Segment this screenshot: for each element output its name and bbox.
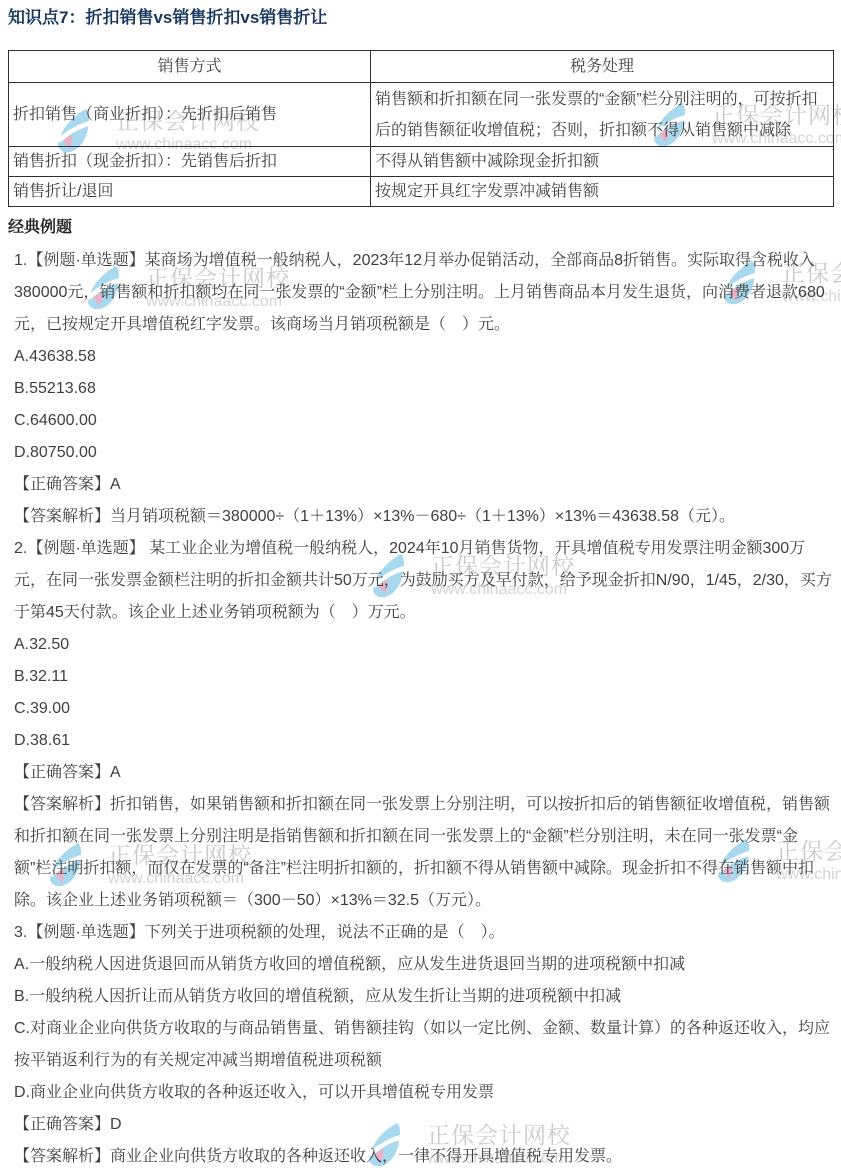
table-row: 折扣销售（商业折扣）：先折扣后销售 销售额和折扣额在同一张发票的“金额”栏分别注… [9,83,834,147]
tax-treatment-table: 销售方式 税务处理 折扣销售（商业折扣）：先折扣后销售 销售额和折扣额在同一张发… [8,50,834,207]
table-header-sales-method: 销售方式 [9,51,371,83]
correct-answer: 【正确答案】A [14,469,833,501]
answer-analysis: 【答案解析】商业企业向供货方收取的各种返还收入，一律不得开具增值税专用发票。 [14,1141,833,1173]
question-stem: 3.【例题·单选题】下列关于进项税额的处理，说法不正确的是（ ）。 [14,917,833,949]
answer-analysis: 【答案解析】折扣销售，如果销售额和折扣额在同一张发票上分别注明，可以按折扣后的销… [14,789,833,917]
question-2: 2.【例题·单选题】 某工业企业为增值税一般纳税人，2024年10月销售货物，开… [0,533,841,917]
table-cell-treatment: 不得从销售额中减除现金折扣额 [371,147,834,177]
page-title: 知识点7：折扣销售vs销售折扣vs销售折让 [0,0,841,29]
correct-answer: 【正确答案】D [14,1109,833,1141]
question-stem: 1.【例题·单选题】某商场为增值税一般纳税人，2023年12月举办促销活动，全部… [14,245,833,341]
table-header-row: 销售方式 税务处理 [9,51,834,83]
option-d: D.商业企业向供货方收取的各种返还收入，可以开具增值税专用发票 [14,1077,833,1109]
option-a: A.一般纳税人因进货退回而从销货方收回的增值税额，应从发生进货退回当期的进项税额… [14,949,833,981]
question-stem: 2.【例题·单选题】 某工业企业为增值税一般纳税人，2024年10月销售货物，开… [14,533,833,629]
option-b: B.一般纳税人因折让而从销货方收回的增值税额，应从发生折让当期的进项税额中扣减 [14,981,833,1013]
question-3: 3.【例题·单选题】下列关于进项税额的处理，说法不正确的是（ ）。 A.一般纳税… [0,917,841,1173]
answer-analysis: 【答案解析】当月销项税额＝380000÷（1＋13%）×13%－680÷（1＋1… [14,501,833,533]
correct-answer: 【正确答案】A [14,757,833,789]
table-cell-method: 折扣销售（商业折扣）：先折扣后销售 [9,83,371,147]
option-c: C.39.00 [14,693,833,725]
option-b: B.32.11 [14,661,833,693]
option-d: D.38.61 [14,725,833,757]
option-a: A.32.50 [14,629,833,661]
option-c: C.64600.00 [14,405,833,437]
option-a: A.43638.58 [14,341,833,373]
table-cell-method: 销售折扣（现金折扣）：先销售后折扣 [9,147,371,177]
section-heading-classic-examples: 经典例题 [8,216,841,240]
question-1: 1.【例题·单选题】某商场为增值税一般纳税人，2023年12月举办促销活动，全部… [0,245,841,533]
table-cell-method: 销售折让/退回 [9,177,371,207]
table-header-tax-treatment: 税务处理 [371,51,834,83]
document-page: 正保会计网校 www.chinaacc.com 正保会计网校 www.china… [0,0,841,1174]
option-c: C.对商业企业向供货方收取的与商品销售量、销售额挂钩（如以一定比例、金额、数量计… [14,1013,833,1077]
table-cell-treatment: 销售额和折扣额在同一张发票的“金额”栏分别注明的，可按折扣后的销售额征收增值税；… [371,83,834,147]
table-cell-treatment: 按规定开具红字发票冲减销售额 [371,177,834,207]
table-row: 销售折让/退回 按规定开具红字发票冲减销售额 [9,177,834,207]
option-d: D.80750.00 [14,437,833,469]
option-b: B.55213.68 [14,373,833,405]
table-row: 销售折扣（现金折扣）：先销售后折扣 不得从销售额中减除现金折扣额 [9,147,834,177]
